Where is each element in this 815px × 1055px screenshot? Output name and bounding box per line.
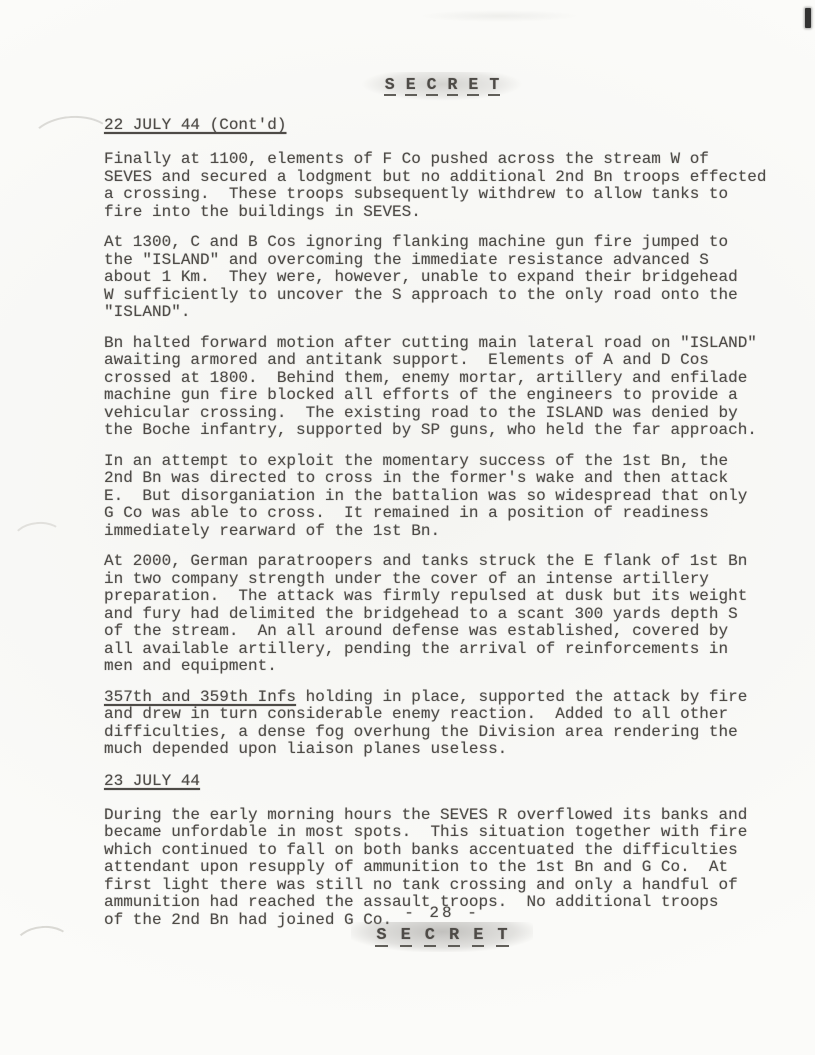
secret-letter: E (400, 928, 412, 947)
scan-arc-mark (12, 924, 73, 967)
secret-letter: E (472, 928, 484, 947)
paragraph-finally-1100: Finally at 1100, elements of F Co pushed… (104, 151, 784, 221)
secret-letter: T (496, 928, 508, 947)
secret-letter: C (424, 928, 436, 947)
secret-letter: S (375, 928, 387, 947)
document-page: SECRET 22 JULY 44 (Cont'd) Finally at 11… (0, 0, 815, 1055)
paragraph-exploit-attempt: In an attempt to exploit the momentary s… (104, 453, 784, 541)
paragraph-at-2000: At 2000, German paratroopers and tanks s… (104, 553, 784, 676)
scan-ink-bar (805, 8, 811, 28)
section-heading-23-july: 23 JULY 44 (104, 772, 784, 790)
stamp-smudge: SECRET (351, 922, 532, 952)
paragraph-bn-halted: Bn halted forward motion after cutting m… (104, 335, 784, 440)
paragraph-357th-359th: 357th and 359th Infs holding in place, s… (104, 689, 784, 759)
secret-letter: R (448, 928, 460, 947)
page-footer: - 28 - SECRET (104, 904, 780, 952)
classification-banner-bottom: SECRET (104, 922, 780, 952)
unit-reference-underlined: 357th and 359th Infs (104, 688, 296, 706)
section-heading-22-july: 22 JULY 44 (Cont'd) (104, 116, 784, 134)
document-body: 22 JULY 44 (Cont'd) Finally at 1100, ele… (104, 0, 784, 942)
scan-arc-mark (10, 519, 65, 558)
page-number: - 28 - (104, 904, 780, 922)
paragraph-at-1300: At 1300, C and B Cos ignoring flanking m… (104, 234, 784, 322)
scan-arc-mark (28, 113, 115, 169)
